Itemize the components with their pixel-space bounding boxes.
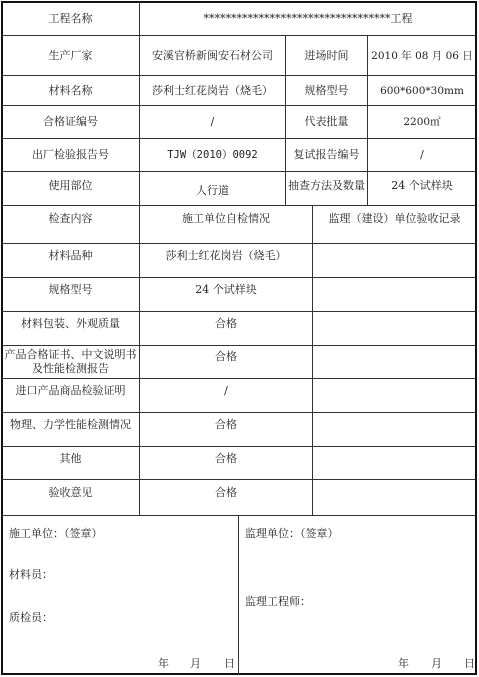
check-row-supervision (313, 413, 476, 446)
value-usage-location: 人行道 (140, 176, 285, 205)
supervising-engineer-label: 监理工程师： (245, 593, 311, 609)
label-arrival-date: 进场时间 (286, 36, 367, 75)
qc-staff-label: 质检员： (9, 609, 53, 625)
contractor-seal-label: 施工单位：（签章） (9, 525, 103, 541)
header-supervision-record: 监理（建设）单位验收记录 (313, 206, 476, 232)
check-row-label: 产品合格证书、中文说明书 及性能检测报告 (2, 346, 139, 378)
check-row-label-line2: 及性能检测报告 (32, 362, 109, 376)
check-row-label: 材料包装、外观质量 (2, 312, 139, 336)
header-self-check: 施工单位自检情况 (140, 206, 312, 232)
left-date-month: 月 (190, 655, 201, 671)
material-inspection-form: 工程名称 **********************************工… (0, 0, 479, 677)
label-sampling-method: 抽查方法及数量 (286, 172, 367, 200)
check-row-self-check: 合格 (140, 346, 312, 368)
check-row-label: 进口产品商品检验证明 (2, 379, 139, 403)
divider (238, 515, 239, 675)
value-factory-report-no: TJW（2010）0092 (140, 139, 285, 171)
value-batch-quantity: 2200㎡ (368, 106, 476, 138)
value-retest-report-no: / (368, 139, 476, 171)
right-date-day: 日 (464, 655, 475, 671)
label-spec-model: 规格型号 (286, 76, 367, 105)
check-row-label: 材料品种 (2, 244, 139, 268)
check-row-label: 其他 (2, 447, 139, 471)
header-check-content: 检查内容 (2, 206, 139, 232)
value-sampling-method: 24 个试样块 (368, 172, 476, 200)
value-arrival-date: 2010 年 08 月 06 日 (368, 36, 476, 75)
value-spec-model: 600*600*30mm (368, 76, 476, 105)
right-date-month: 月 (431, 655, 442, 671)
check-row-self-check: / (140, 379, 312, 403)
value-project-name: **********************************工程 (140, 2, 476, 35)
check-row-supervision (313, 346, 476, 378)
right-date-year: 年 (398, 655, 409, 671)
divider (2, 515, 476, 516)
label-retest-report-no: 复试报告编号 (286, 139, 367, 171)
material-staff-label: 材料员： (9, 566, 53, 582)
check-row-supervision (313, 379, 476, 412)
supervisor-seal-label: 监理单位：（签章） (245, 525, 339, 541)
label-material-name: 材料名称 (2, 76, 139, 105)
label-manufacturer: 生产厂家 (2, 36, 139, 75)
check-row-self-check: 合格 (140, 312, 312, 336)
check-row-self-check: 24 个试样块 (140, 278, 312, 302)
check-row-supervision (313, 244, 476, 277)
check-row-self-check: 莎利士红花岗岩（烧毛） (140, 244, 312, 268)
check-row-supervision (313, 278, 476, 311)
left-date-day: 日 (224, 655, 235, 671)
value-certificate-no: / (140, 106, 285, 138)
label-project-name: 工程名称 (2, 2, 139, 35)
check-row-self-check: 合格 (140, 413, 312, 437)
value-manufacturer: 安溪官桥新闽安石材公司 (140, 36, 285, 75)
check-row-label-line1: 产品合格证书、中文说明书 (5, 348, 137, 362)
check-row-self-check: 合格 (140, 480, 312, 506)
check-row-label: 物理、力学性能检测情况 (2, 413, 139, 437)
check-row-supervision (313, 312, 476, 345)
label-usage-location: 使用部位 (2, 172, 139, 200)
value-material-name: 莎利士红花岗岩（烧毛） (140, 76, 285, 105)
label-batch-quantity: 代表批量 (286, 106, 367, 138)
label-factory-report-no: 出厂检验报告号 (2, 139, 139, 171)
check-row-supervision (313, 480, 476, 515)
check-row-supervision (313, 447, 476, 479)
check-row-label: 验收意见 (2, 480, 139, 506)
check-row-self-check: 合格 (140, 447, 312, 471)
label-certificate-no: 合格证编号 (2, 106, 139, 138)
left-date-year: 年 (158, 655, 169, 671)
check-row-label: 规格型号 (2, 278, 139, 302)
